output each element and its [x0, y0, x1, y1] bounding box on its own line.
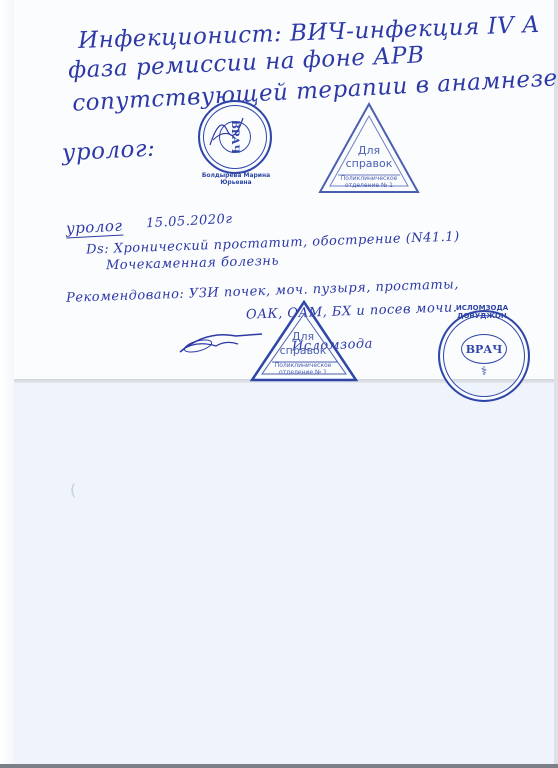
page-edge-bottom — [0, 764, 558, 768]
triangle-bottom-title-2: справок — [248, 344, 358, 357]
triangle-top-bottom-2: отделение № 1 — [316, 182, 422, 189]
doctor-round-stamp-2: ВРАЧ ⚕ — [438, 310, 530, 402]
triangle-top-title-1: Для — [316, 144, 422, 157]
caduceus-icon: ⚕ — [481, 364, 488, 378]
urologist-label: уролог: — [61, 136, 156, 167]
urologist-heading: уролог — [66, 217, 123, 239]
doctor-stamp-2-center-text: ВРАЧ — [461, 334, 507, 364]
doctor-stamp-2-ring-text: ИСЛОМЗОДА ДОВУДЖОН — [436, 304, 528, 320]
page-edge-left — [0, 0, 14, 768]
signature-scribble-icon — [205, 110, 245, 150]
triangle-bottom-title-1: Для — [248, 330, 358, 343]
faint-mark: ( — [70, 480, 76, 499]
triangle-top-bottom-1: Поликлиническое — [316, 175, 422, 182]
lower-sheet — [12, 382, 556, 764]
doctor-stamp-ring-text: Болдырева Марина Юрьевна — [196, 172, 276, 186]
triangle-stamp-top: Для справок Поликлиническое отделение № … — [316, 100, 422, 196]
triangle-bottom-bottom-2: отделение № 1 — [248, 369, 358, 376]
triangle-stamp-bottom: Для справок Поликлиническое отделение № … — [248, 300, 358, 384]
page-edge-right — [554, 0, 558, 768]
triangle-top-title-2: справок — [316, 157, 422, 170]
triangle-bottom-bottom-1: Поликлиническое — [248, 362, 358, 369]
